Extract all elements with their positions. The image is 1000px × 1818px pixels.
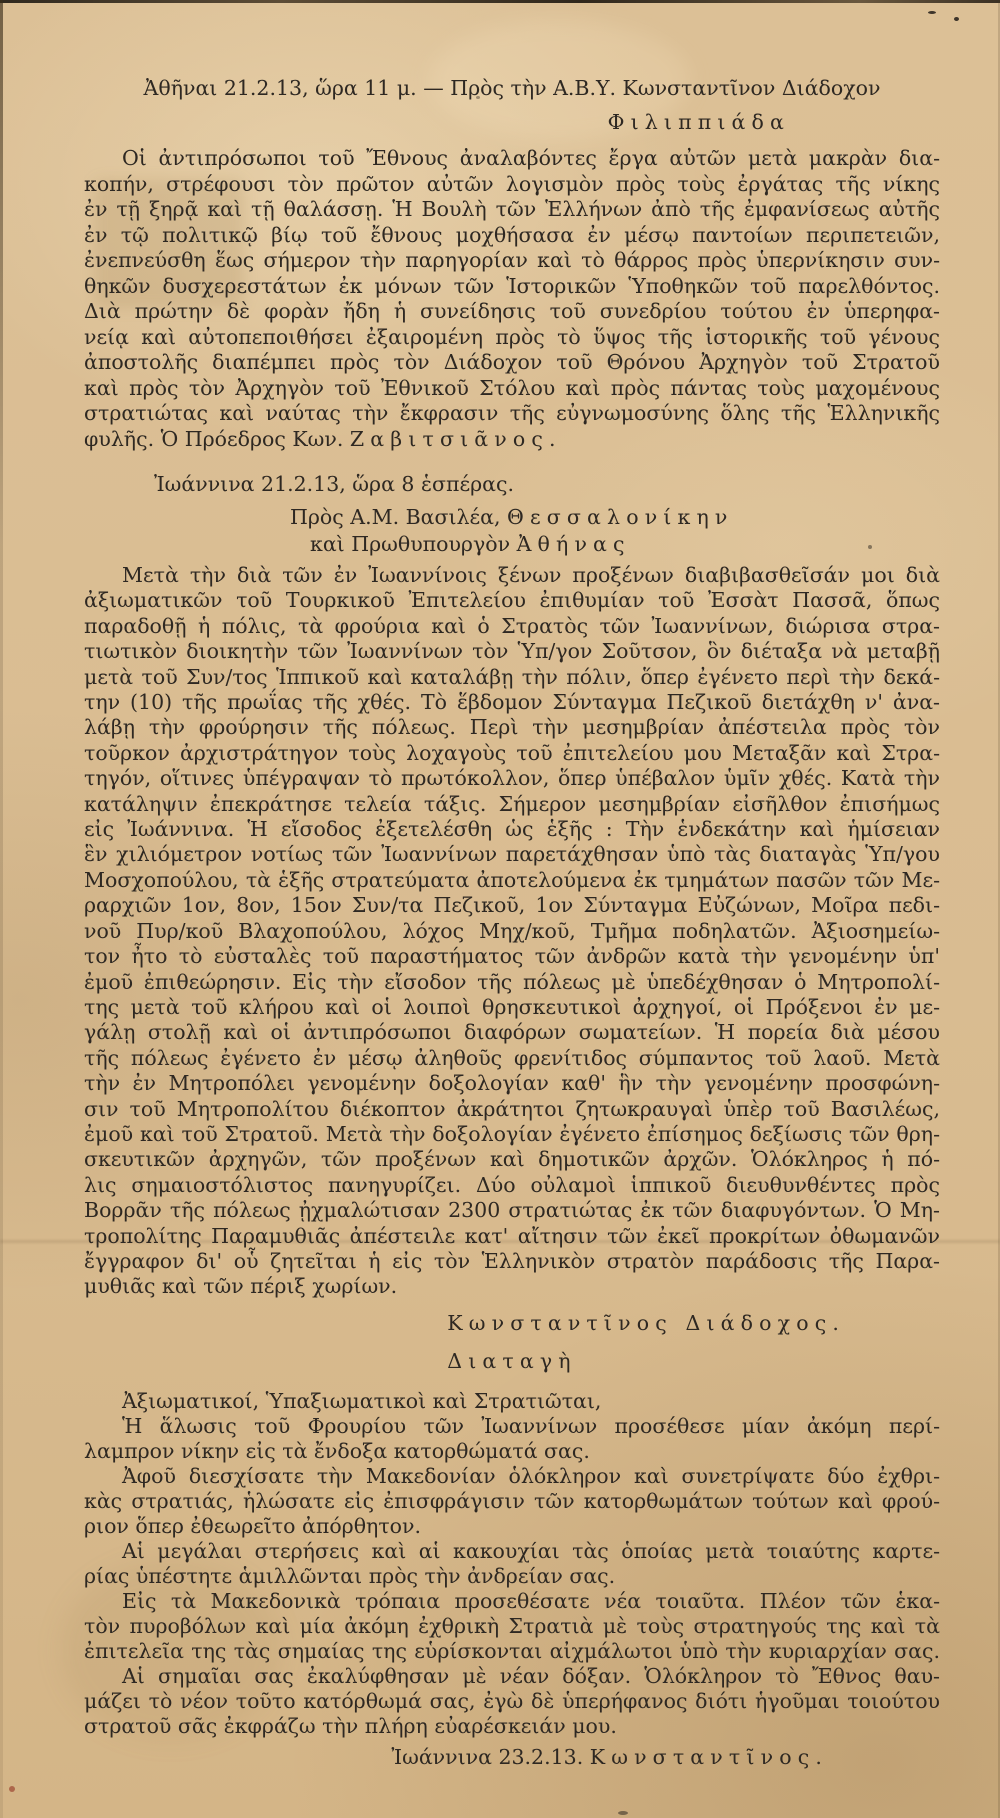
- text-line: Μοσχοπούλου, τὰ ἑξῆς στρατεύματα ἀποτελο…: [84, 868, 940, 893]
- letterspaced-text: Θεσσαλονίκην: [507, 505, 733, 529]
- telegram1-dateline: Ἀθῆναι 21.2.13, ὥρα 11 μ. — Πρὸς τὴν Α.Β…: [84, 76, 940, 102]
- text-line: κοπήν, στρέφουσι τὸν πρῶτον αὐτῶν λογισμ…: [84, 172, 940, 198]
- text-line: Βορρᾶν τῆς πόλεως ᾐχμαλώτισαν 2300 στρατ…: [84, 1198, 940, 1223]
- text-line: ἀξιωματικῶν τοῦ Τουρκικοῦ Ἐπιτελείου ἐπι…: [84, 588, 940, 613]
- text-line: ριον ὅπερ ἐθεωρεῖτο ἀπόρθητον.: [84, 1514, 940, 1539]
- letterspaced-text: Ζαβιτσιᾶνος.: [350, 427, 562, 451]
- text-line: μετὰ τοῦ Συν/τος Ἱππικοῦ καὶ καταλάβῃ τὴ…: [84, 665, 940, 690]
- text-line: Ἰωάννινα 23.2.13. Κωνσταντῖνος.: [84, 1745, 828, 1771]
- telegram2-body-paragraph: Μετὰ τὴν διὰ τῶν ἐν Ἰωαννίνοις ξένων προ…: [84, 563, 940, 1300]
- ink-speck: [618, 1811, 628, 1815]
- ink-speck: [928, 11, 936, 14]
- text-line: λάβῃ τὴν φρούρησιν τῆς πόλεως. Περὶ τὴν …: [84, 715, 940, 740]
- text-line: φυλῆς. Ὁ Πρόεδρος Κων. Ζαβιτσιᾶνος.: [84, 427, 940, 453]
- text-line: ἓν χιλιόμετρον νοτίως τῶν Ἰωαννίνων παρε…: [84, 842, 940, 867]
- text-line: Φιλιππιάδα: [84, 110, 790, 136]
- text-line: ἐπιτελεῖα της τὰς σημαίας της εὑρίσκοντα…: [84, 1639, 940, 1664]
- order-signature: Ἰωάννινα 23.2.13. Κωνσταντῖνος.: [84, 1745, 940, 1771]
- text-line: ρίας ὑπέστητε ἁμιλλῶνται πρὸς τὴν ἀνδρεί…: [84, 1564, 940, 1589]
- text-line: τῆς πόλεως ἐγένετο ἐν μέσῳ ἀληθοῦς φρενί…: [84, 1046, 940, 1071]
- text-line: τὴν ἐν Μητροπόλει γενομένην δοξολογίαν κ…: [84, 1071, 940, 1096]
- text-line: σκευτικῶν ἀρχηγῶν, τῶν προξένων καὶ δημο…: [84, 1147, 940, 1172]
- text-line: τὸν πυροβόλων καὶ μία ἀκόμη ἐχθρικὴ Στρα…: [84, 1614, 940, 1639]
- text-line: Ἡ ἅλωσις τοῦ Φρουρίου τῶν Ἰωαννίνων προσ…: [84, 1414, 940, 1439]
- ink-speck: [9, 1786, 15, 1792]
- text-line: κὰς στρατιάς, ἡλώσατε εἰς ἐπισφράγισιν τ…: [84, 1489, 940, 1514]
- text-line: τροπολίτης Παραμυθιᾶς ἀπέστειλε κατ' αἴτ…: [84, 1224, 940, 1249]
- telegram1-body-paragraph: Οἱ ἀντιπρόσωποι τοῦ Ἔθνους ἀναλαβόντες ἔ…: [84, 146, 940, 452]
- text-line: Εἰς τὰ Μακεδονικὰ τρόπαια προσεθέσατε νέ…: [84, 1589, 940, 1614]
- telegram2-dateline: Ἰωάννινα 21.2.13, ὥρα 8 ἑσπέρας.: [84, 472, 940, 498]
- text-line: Κωνσταντῖνος Διάδοχος.: [84, 1311, 845, 1337]
- text-line: γάλῃ στολῇ καὶ οἱ ἀντιπρόσωποι διαφόρων …: [84, 1020, 940, 1045]
- text-line: ἔγγραφον δι' οὗ ζητεῖται ἡ εἰς τὸν Ἑλλην…: [84, 1249, 940, 1274]
- text-line: τοῦρκον ἀρχιστράτηγον τοὺς λοχαγοὺς τοῦ …: [84, 741, 940, 766]
- text-line: στρατιώτας καὶ ναύτας τὴν ἔκφρασιν τῆς ε…: [84, 401, 940, 427]
- text-line: Διὰ πρώτην δὲ φορὰν ἤδη ἡ συνείδησις τοῦ…: [84, 299, 940, 325]
- text-line: ἐνεπνεύσθη ἕως σήμερον τὴν παρηγορίαν κα…: [84, 248, 940, 274]
- text-line: παραδοθῇ ἡ πόλις, τὰ φρούρια καὶ ὁ Στρατ…: [84, 614, 940, 639]
- text-line: της μετὰ τοῦ κλήρου καὶ οἱ λοιποὶ θρησκε…: [84, 995, 940, 1020]
- text-line: ἀποστολῆς διαπέμπει πρὸς τὸν Διάδοχον το…: [84, 350, 940, 376]
- text-line: Ἀξιωματικοί, Ὑπαξιωματικοὶ καὶ Στρατιῶτα…: [84, 1389, 940, 1414]
- text-line: την (10) τῆς πρωΐας τῆς χθές. Τὸ ἕβδομον…: [84, 690, 940, 715]
- text-line: Διαταγὴ: [84, 1349, 940, 1375]
- text-line: Αἱ σημαῖαι σας ἐκαλύφθησαν μὲ νέαν δόξαν…: [84, 1664, 940, 1689]
- text-line: ἐμοῦ καὶ τοῦ Στρατοῦ. Μετὰ τὴν δοξολογία…: [84, 1122, 940, 1147]
- text-line: Πρὸς Α.Μ. Βασιλέα, Θεσσαλονίκην: [290, 505, 940, 531]
- order-body-paragraph: Ἀξιωματικοί, Ὑπαξιωματικοὶ καὶ Στρατιῶτα…: [84, 1389, 940, 1739]
- letterspaced-text: Ἀθήνας: [517, 532, 631, 556]
- telegram1-destination: Φιλιππιάδα: [84, 110, 940, 136]
- text-line: Οἱ ἀντιπρόσωποι τοῦ Ἔθνους ἀναλαβόντες ἔ…: [84, 146, 940, 172]
- text-line: θηκῶν δυσχερεστάτων ἐκ μόνων τῶν Ἱστορικ…: [84, 274, 940, 300]
- text-line: ἐν τῷ πολιτικῷ βίῳ τοῦ ἔθνους μοχθήσασα …: [84, 223, 940, 249]
- ink-speck: [954, 17, 959, 21]
- text-line: τιωτικὸν διοικητὴν τῶν Ἰωαννίνων τὸν Ὑπ/…: [84, 639, 940, 664]
- text-line: μυθιᾶς καὶ τῶν πέριξ χωρίων.: [84, 1274, 940, 1299]
- telegram2-addressee-pm: καὶ Πρωθυπουργὸν Ἀθήνας: [84, 532, 940, 558]
- text-line: ἐν τῇ ξηρᾷ καὶ τῇ θαλάσσῃ. Ἡ Βουλὴ τῶν Ἑ…: [84, 197, 940, 223]
- text-line: κατάληψιν ἐπεκράτησε τελεία τάξις. Σήμερ…: [84, 792, 940, 817]
- text-line: καὶ πρὸς τὸν Ἀρχηγὸν τοῦ Ἐθνικοῦ Στόλου …: [84, 376, 940, 402]
- text-line: λαμπρον νίκην εἰς τὰ ἔνδοξα κατορθώματά …: [84, 1439, 940, 1464]
- text-line: λις σημαιοστόλιστος πανηγυρίζει. Δύο οὐλ…: [84, 1173, 940, 1198]
- text-line: καὶ Πρωθυπουργὸν Ἀθήνας: [310, 532, 940, 558]
- telegram2-signature: Κωνσταντῖνος Διάδοχος.: [84, 1311, 940, 1337]
- telegram2-addressee-king: Πρὸς Α.Μ. Βασιλέα, Θεσσαλονίκην: [84, 505, 940, 531]
- scan-edge-top: [0, 0, 1000, 3]
- text-line: σιν τοῦ Μητροπολίτου διέκοπτον ἀκράτητοι…: [84, 1097, 940, 1122]
- letterspaced-text: Κωνσταντῖνος Διάδοχος.: [447, 1311, 845, 1335]
- letterspaced-text: Φιλιππιάδα: [608, 110, 790, 134]
- letterspaced-text: Διαταγὴ: [447, 1349, 576, 1373]
- text-line: τον ἦτο τὸ εὐσταλὲς τοῦ παραστήματος τῶν…: [84, 944, 940, 969]
- order-title: Διαταγὴ: [84, 1349, 940, 1375]
- text-line: Ἀφοῦ διεσχίσατε τὴν Μακεδονίαν ὁλόκληρον…: [84, 1464, 940, 1489]
- text-line: μάζει τὸ νέον τοῦτο κατόρθωμά σας, ἐγὼ δ…: [84, 1689, 940, 1714]
- text-line: Μετὰ τὴν διὰ τῶν ἐν Ἰωαννίνοις ξένων προ…: [84, 563, 940, 588]
- text-line: ἐμοῦ ἐπιθεώρησιν. Εἰς τὴν εἴσοδον τῆς πό…: [84, 970, 940, 995]
- scanned-document-page: Ἀθῆναι 21.2.13, ὥρα 11 μ. — Πρὸς τὴν Α.Β…: [0, 0, 1000, 1818]
- text-line: νοῦ Πυρ/κοῦ Βλαχοπούλου, λόχος Μηχ/κοῦ, …: [84, 919, 940, 944]
- text-line: Ἀθῆναι 21.2.13, ὥρα 11 μ. — Πρὸς τὴν Α.Β…: [84, 76, 940, 102]
- text-line: εἰς Ἰωάννινα. Ἡ εἴσοδος ἐξετελέσθη ὡς ἑξ…: [84, 817, 940, 842]
- text-line: Ἰωάννινα 21.2.13, ὥρα 8 ἑσπέρας.: [154, 472, 940, 498]
- scan-edge-left: [0, 0, 3, 1818]
- text-line: Αἱ μεγάλαι στερήσεις καὶ αἱ κακουχίαι τὰ…: [84, 1539, 940, 1564]
- text-line: στρατοῦ σᾶς ἐκφράζω τὴν πλήρη εὐαρέσκειά…: [84, 1714, 940, 1739]
- text-line: ραρχιῶν 1ον, 8ον, 15ον Συν/τα Πεζικοῦ, 1…: [84, 893, 940, 918]
- letterspaced-text: Κωνσταντῖνος.: [590, 1745, 828, 1769]
- text-line: τηγόν, οἵτινες ὑπέγραψαν τὸ πρωτόκολλον,…: [84, 766, 940, 791]
- text-line: νείᾳ καὶ αὐτοπεποιθήσει ἐξαιρομένη πρὸς …: [84, 325, 940, 351]
